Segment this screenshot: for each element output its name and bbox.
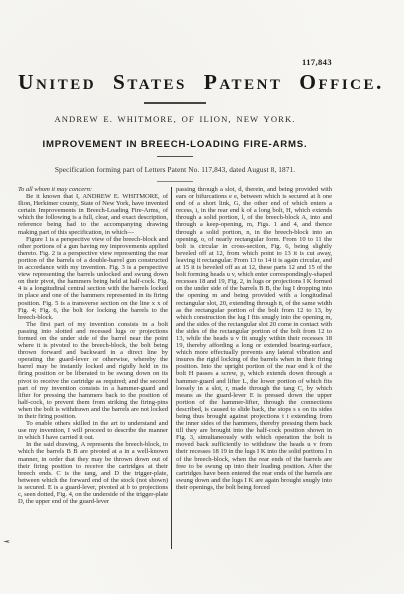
body-paragraph: Figure 1 is a perspective view of the br… — [18, 236, 168, 321]
column-divider-rule — [171, 187, 172, 549]
scan-artifact-mark — [3, 540, 10, 543]
patent-document-page: 117,843 United States Patent Office. AND… — [0, 0, 404, 594]
divider-rule — [157, 181, 193, 182]
right-column: passing through a slot, d, therein, and … — [176, 186, 332, 552]
invention-title: IMPROVEMENT IN BREECH-LOADING FIRE-ARMS. — [18, 139, 332, 150]
left-column: To all whom it may concern: Be it known … — [18, 186, 168, 552]
specification-line: Specification forming part of Letters Pa… — [18, 165, 332, 174]
body-paragraph: In the said drawing, A represents the br… — [18, 441, 168, 505]
body-paragraph: passing through a slot, d, therein, and … — [176, 186, 332, 491]
page-content: 117,843 United States Patent Office. AND… — [18, 0, 332, 594]
divider-rule — [157, 156, 193, 157]
body-paragraph: Be it known that I, ANDREW E. WHITMORE, … — [18, 193, 168, 236]
patentee-line: ANDREW E. WHITMORE, OF ILION, NEW YORK. — [18, 114, 332, 124]
page-title: United States Patent Office. — [18, 70, 332, 95]
body-columns: To all whom it may concern: Be it known … — [18, 186, 332, 552]
salutation-paragraph: To all whom it may concern: — [18, 186, 168, 193]
patent-number: 117,843 — [302, 57, 332, 67]
body-paragraph: The first part of my invention consists … — [18, 321, 168, 420]
divider-rule — [144, 102, 206, 104]
body-paragraph: To enable others skilled in the art to u… — [18, 420, 168, 441]
